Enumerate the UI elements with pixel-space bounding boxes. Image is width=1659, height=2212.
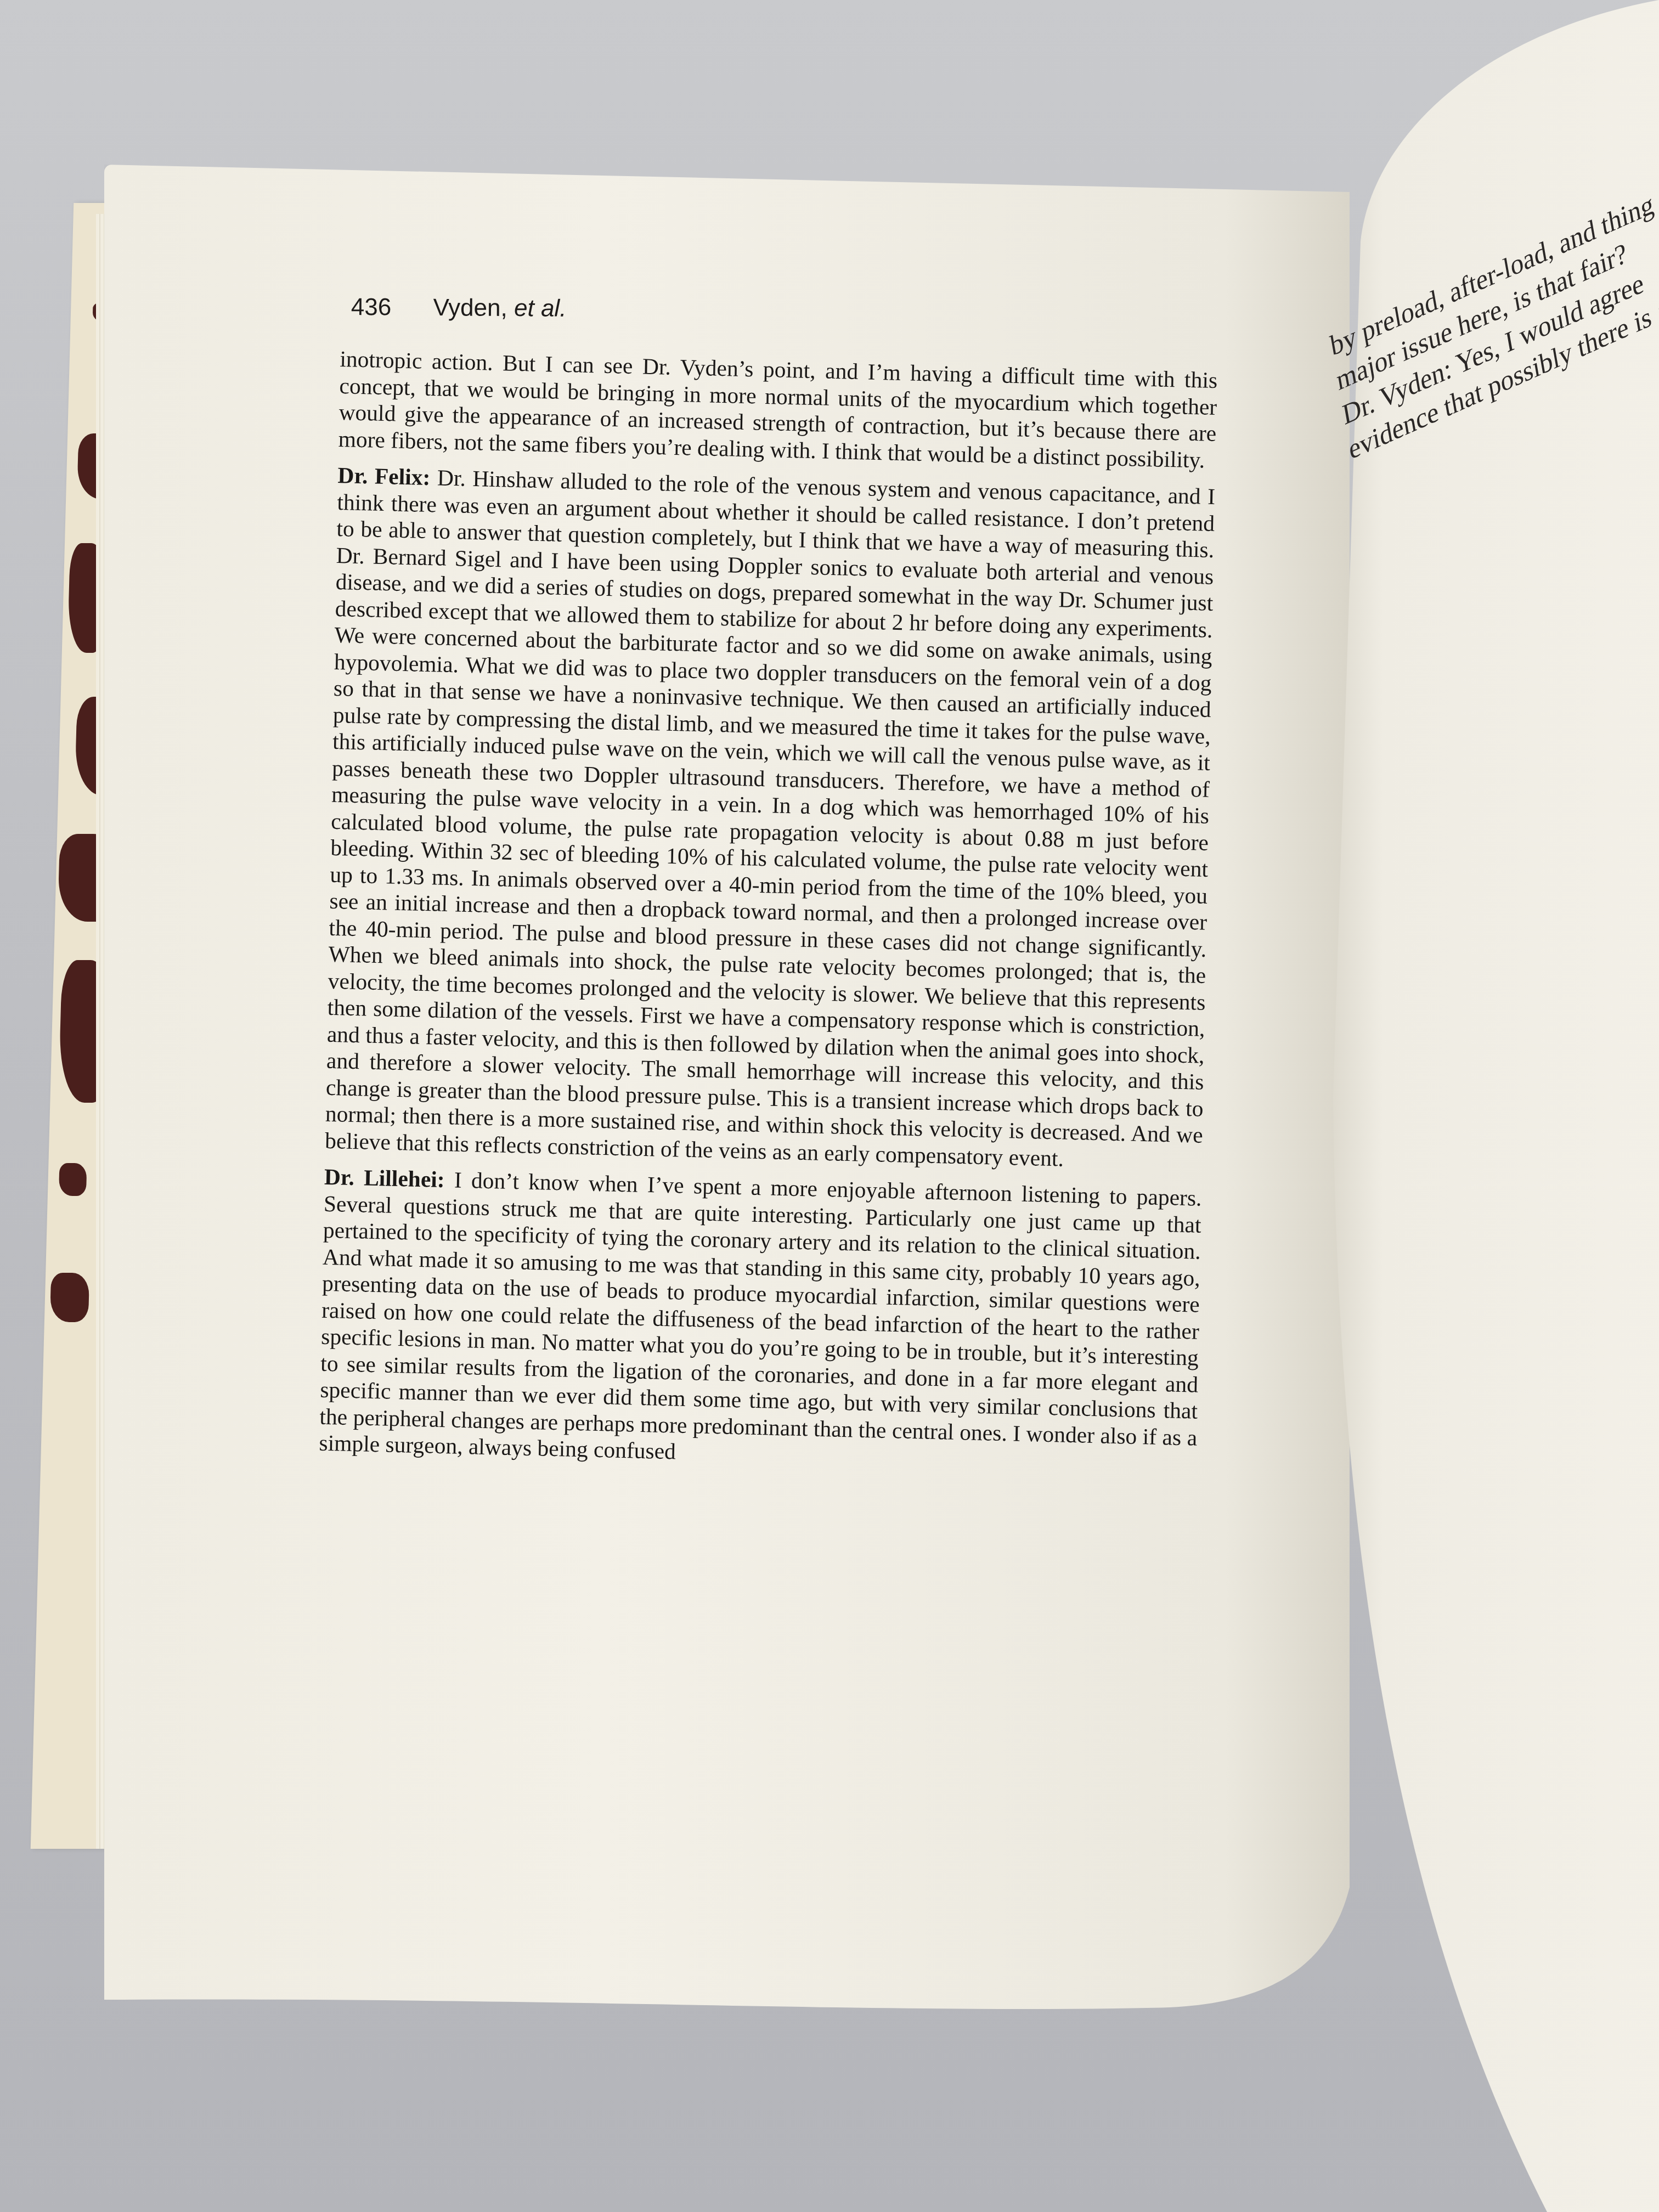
running-head-author: Vyden, et al. bbox=[433, 294, 566, 322]
paragraph: Dr. Felix: Dr. Hinshaw alluded to the ro… bbox=[325, 462, 1216, 1175]
running-head: 436 Vyden, et al. bbox=[351, 294, 567, 323]
paragraph: inotropic action. But I can see Dr. Vyde… bbox=[338, 346, 1217, 473]
author-name: Vyden, bbox=[433, 294, 507, 321]
paragraph-text: inotropic action. But I can see Dr. Vyde… bbox=[338, 346, 1217, 472]
author-suffix: et al. bbox=[514, 295, 567, 322]
paragraph-text: I don’t know when I’ve spent a more enjo… bbox=[319, 1167, 1202, 1464]
page-number: 436 bbox=[351, 294, 392, 321]
speaker-label: Dr. Felix: bbox=[337, 462, 431, 490]
spine-ink-blot bbox=[50, 1273, 89, 1322]
left-page-body: inotropic action. But I can see Dr. Vyde… bbox=[319, 346, 1218, 1487]
speaker-label: Dr. Lillehei: bbox=[324, 1164, 445, 1192]
paragraph: Dr. Lillehei: I don’t know when I’ve spe… bbox=[319, 1164, 1202, 1477]
spine-ink-blot bbox=[59, 1163, 87, 1196]
paragraph-text: Dr. Hinshaw alluded to the role of the v… bbox=[325, 465, 1216, 1171]
